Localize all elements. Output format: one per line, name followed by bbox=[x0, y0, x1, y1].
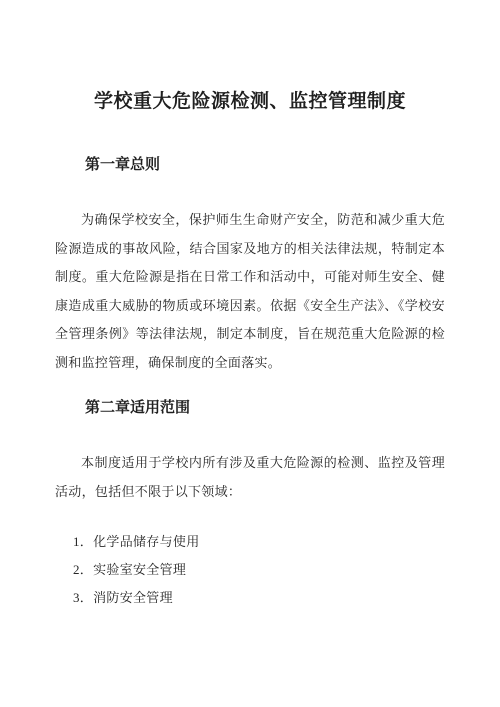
scope-list: 1．化学品储存与使用 2．实验室安全管理 3．消防安全管理 bbox=[55, 528, 445, 612]
chapter-2-heading: 第二章适用范围 bbox=[55, 397, 445, 419]
list-item-fire-safety: 3．消防安全管理 bbox=[73, 584, 445, 612]
list-item-laboratory: 2．实验室安全管理 bbox=[73, 556, 445, 584]
document-title: 学校重大危险源检测、监控管理制度 bbox=[55, 88, 445, 116]
chapter-1-heading: 第一章总则 bbox=[55, 154, 445, 176]
chapter-1-paragraph: 为确保学校安全，保护师生生命财产安全，防范和减少重大危险源造成的事故风险，结合国… bbox=[55, 206, 445, 377]
document-page: 学校重大危险源检测、监控管理制度 第一章总则 为确保学校安全，保护师生生命财产安… bbox=[0, 0, 500, 707]
chapter-2-paragraph: 本制度适用于学校内所有涉及重大危险源的检测、监控及管理活动，包括但不限于以下领域… bbox=[55, 449, 445, 506]
list-item-chemicals: 1．化学品储存与使用 bbox=[73, 528, 445, 556]
